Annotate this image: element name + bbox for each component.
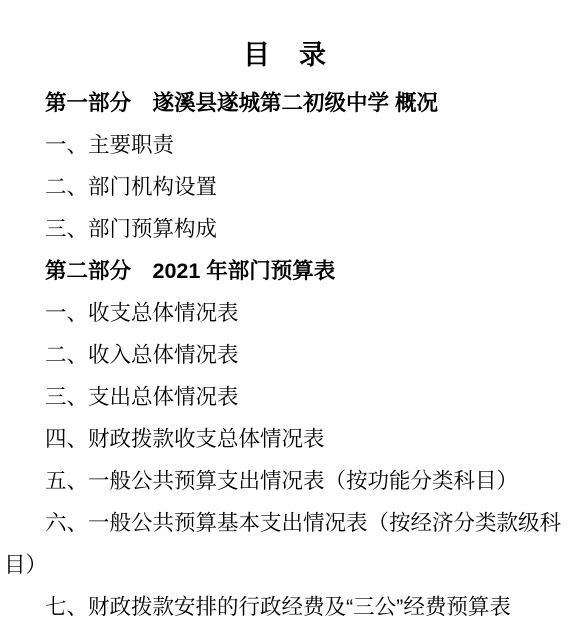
toc-item-part2-1: 一、收支总体情况表: [4, 292, 566, 334]
toc-item-part2-5: 五、一般公共预算支出情况表（按功能分类科目）: [4, 460, 566, 502]
toc-section-part1: 第一部分 遂溪县遂城第二初级中学 概况 一、主要职责 二、部门机构设置 三、部门…: [4, 82, 566, 250]
section-part1-heading: 第一部分 遂溪县遂城第二初级中学 概况: [4, 82, 566, 124]
section-part2-heading: 第二部分 2021 年部门预算表: [4, 250, 566, 292]
toc-item-part2-2: 二、收入总体情况表: [4, 334, 566, 376]
toc-item-part2-3: 三、支出总体情况表: [4, 376, 566, 418]
toc-item-part1-2: 二、部门机构设置: [4, 166, 566, 208]
toc-title: 目 录: [4, 38, 566, 72]
toc-page: 目 录 第一部分 遂溪县遂城第二初级中学 概况 一、主要职责 二、部门机构设置 …: [0, 0, 570, 628]
toc-item-part2-4: 四、财政拨款收支总体情况表: [4, 418, 566, 460]
toc-item-part2-6: 六、一般公共预算基本支出情况表（按经济分类款级科目）: [4, 502, 566, 586]
toc-section-part2: 第二部分 2021 年部门预算表 一、收支总体情况表 二、收入总体情况表 三、支…: [4, 250, 566, 628]
toc-item-part2-7: 七、财政拨款安排的行政经费及“三公”经费预算表: [4, 586, 566, 628]
toc-item-part1-1: 一、主要职责: [4, 124, 566, 166]
toc-item-part1-3: 三、部门预算构成: [4, 208, 566, 250]
